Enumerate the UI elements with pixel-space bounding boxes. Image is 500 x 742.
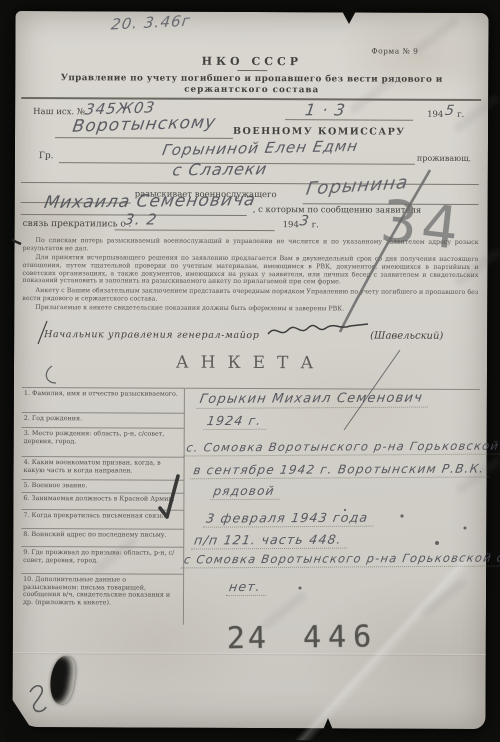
row-label: 1. Фамилия, имя и отчество разыскиваемог…	[22, 388, 185, 414]
row-label: 8. Воинский адрес по последнему письму.	[21, 529, 184, 548]
scan-corner-bottom-left	[6, 690, 40, 742]
paper-sheet: 20. 3.46г Форма № 9 НКО СССР Управление …	[12, 11, 488, 729]
answer-birth-year: 1924 г.	[203, 413, 268, 430]
department-line-1: Управление по учету погибшего и пропавше…	[15, 73, 488, 85]
date-day-month: 1 · 3	[304, 100, 347, 119]
contact-underline	[115, 229, 275, 231]
year-printed: 194	[427, 110, 443, 120]
row-label: 4. Каким военкоматом призван, когда, в к…	[22, 457, 185, 481]
answer-contact-ceased: 3 февраля 1943 года	[203, 510, 376, 528]
answer-draft-office: в сентябре 1942 г. Воротынским Р.В.К.	[190, 461, 492, 479]
contact-year-handwritten: 3	[298, 213, 310, 229]
org-title: НКО СССР	[15, 54, 488, 69]
org-underline	[237, 70, 267, 71]
scanned-document: 20. 3.46г Форма № 9 НКО СССР Управление …	[0, 0, 500, 742]
answer-rank: рядовой	[210, 484, 282, 500]
contact-ceased-label: связь прекратились с .	[23, 219, 132, 229]
contact-year-printed: 194	[283, 220, 299, 230]
answer-military-address: п/п 121. часть 448.	[191, 532, 349, 550]
addressee-handwritten: Воротынскому	[71, 112, 217, 136]
pencil-date-annotation: 20. 3.46г	[110, 12, 192, 34]
watermark-smudge	[412, 15, 460, 55]
anketa-title: АНКЕТА	[14, 352, 487, 374]
addressee-underline	[55, 137, 233, 139]
answer-birth-place: с. Сомовка Воротынского р-на Горьковской…	[183, 438, 500, 456]
row-label: 10. Дополнительные данные о разыскиваемо…	[21, 574, 184, 625]
paragraph-instructions: Для принятия исчерпывающего решения по з…	[22, 254, 478, 287]
applicant-name-handwritten: Горыниной Елен Едмн	[161, 137, 360, 159]
paragraph-certification: Прилагаемые к анкете свидетельские показ…	[22, 304, 478, 314]
row-label: 6. Занимаемая должность в Красной Армии.	[21, 493, 184, 511]
contact-year-suffix: г.	[312, 220, 319, 230]
row-label: 3. Место рождения: область, р-н, с/совет…	[22, 428, 185, 458]
torn-hole	[47, 655, 78, 706]
scan-notch-top	[336, 0, 362, 24]
sought-name-handwritten: Михаила Семеновича	[43, 190, 258, 213]
form-number: Форма № 9	[371, 47, 418, 56]
addressee-printed: ВОЕННОМУ КОМИССАРУ	[233, 126, 405, 138]
row-label: 5. Военное звание.	[21, 480, 184, 494]
answer-additional-data: нет.	[226, 579, 269, 596]
date-underline	[285, 119, 413, 121]
row-label: 2. Год рождения.	[22, 413, 185, 429]
department-line-2: сержантского состава	[15, 84, 488, 96]
crease-highlight	[272, 560, 493, 741]
paragraph-submit-order: Анкету с Вашим обязательным заключением …	[22, 287, 478, 304]
body-text-block: По спискам потерь разыскиваемый военносл…	[22, 237, 478, 316]
residence-underline	[21, 182, 479, 185]
row-label: 7. Когда прекратилась письменная связь.	[21, 510, 184, 530]
year-handwritten: 5	[444, 103, 456, 119]
residing-label: проживающ.	[417, 154, 471, 163]
answer-full-name: Горыкин Михаил Семенович	[196, 391, 430, 409]
contact-date-handwritten: 3. 2	[123, 210, 158, 228]
signer-title: Начальник управления генерал-майор	[44, 329, 259, 341]
signer-name: (Шавельский)	[370, 331, 443, 342]
citizen-label: Гр.	[39, 151, 54, 161]
paragraph-search-result: По спискам потерь разыскиваемый военносл…	[23, 237, 479, 254]
scan-notch-bottom	[318, 718, 338, 742]
residence-handwritten: с Слалеки	[171, 159, 269, 179]
